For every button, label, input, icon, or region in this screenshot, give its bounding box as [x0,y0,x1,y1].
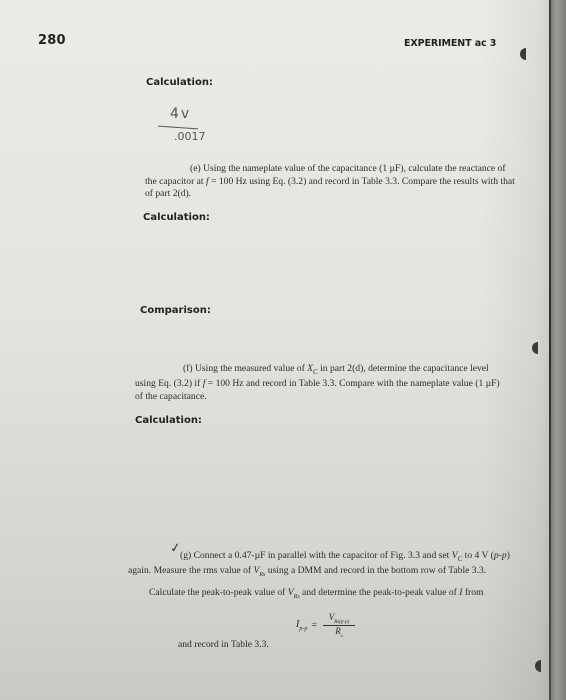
part-g-paragraph: (g) Connect a 0.47-µF in parallel with t… [128,550,538,603]
handwritten-fraction-bar [158,126,198,130]
calculation-heading: Calculation: [143,212,210,223]
part-g-closing: and record in Table 3.3. [178,639,269,652]
calculation-heading: Calculation: [146,77,213,88]
running-head: EXPERIMENT ac 3 [404,38,496,49]
formula-fraction: VRs(p-p) Rs [323,612,355,639]
page-edge [549,0,551,700]
binder-hole [532,342,538,354]
page-edge-shadow [551,0,566,700]
calculation-heading: Calculation: [135,415,202,426]
binder-hole [535,660,541,672]
comparison-heading: Comparison: [140,305,211,316]
formula: Ip-p = VRs(p-p) Rs [296,612,355,639]
part-g-label: (g) [180,550,191,561]
page-number: 280 [38,33,66,48]
part-e-paragraph: (e) Using the nameplate value of the cap… [145,163,530,201]
part-f-paragraph: (f) Using the measured value of XC in pa… [135,363,530,403]
handwritten-numerator: 4v [170,106,191,122]
binder-hole [520,48,526,60]
part-e-label: (e) [190,163,201,174]
part-f-label: (f) [183,363,193,374]
handwritten-denominator: .0017 [174,130,206,143]
